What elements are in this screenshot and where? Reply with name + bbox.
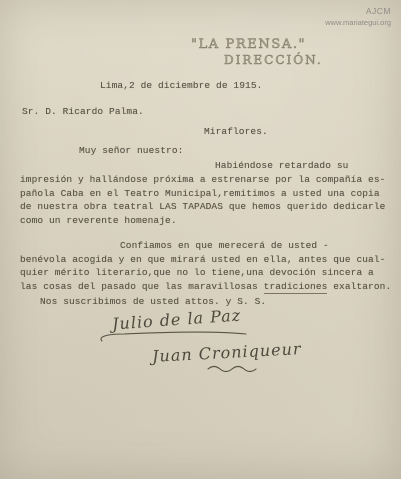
letterhead-title: "LA PRENSA." (191, 37, 306, 52)
signature-squiggle (206, 363, 266, 373)
body-line-with-underline: las cosas del pasado que las maravillosa… (20, 281, 391, 292)
watermark-initials: AJCM (325, 6, 391, 17)
archive-watermark: AJCM www.mariategui.org (325, 6, 391, 28)
signature-flourish (96, 328, 252, 344)
body-line: benévola acogida y en que mirará usted e… (20, 254, 385, 265)
body-line: impresión y hallándose próxima a estrena… (20, 174, 385, 185)
body-line: Habiéndose retardado su (215, 160, 348, 171)
body-line: como un reverente homenaje. (20, 215, 177, 226)
recipient-city: Miraflores. (204, 126, 268, 137)
letterhead-subtitle: DIRECCIÓN. (224, 53, 323, 67)
body-line: de nuestra obra teatral LAS TAPADAS que … (20, 201, 385, 212)
watermark-url: www.mariategui.org (325, 17, 391, 28)
body-line: quier mérito literario,que no lo tiene,u… (20, 267, 374, 278)
underlined-word-tradiciones: tradiciones (264, 281, 328, 294)
body-line: Confiamos en que merecerá de usted - (120, 240, 329, 251)
salutation: Muy señor nuestro: (79, 145, 183, 156)
scanned-letter-page: AJCM www.mariategui.org "LA PRENSA." DIR… (0, 0, 401, 479)
date-line: Lima,2 de diciembre de 1915. (100, 80, 262, 91)
body-line-pre: las cosas del pasado que las maravillosa… (20, 281, 264, 292)
body-line-post: exaltaron. (327, 281, 391, 292)
body-line: pañola Caba en el Teatro Municipal,remit… (20, 188, 380, 199)
recipient-line: Sr. D. Ricardo Palma. (22, 106, 144, 117)
